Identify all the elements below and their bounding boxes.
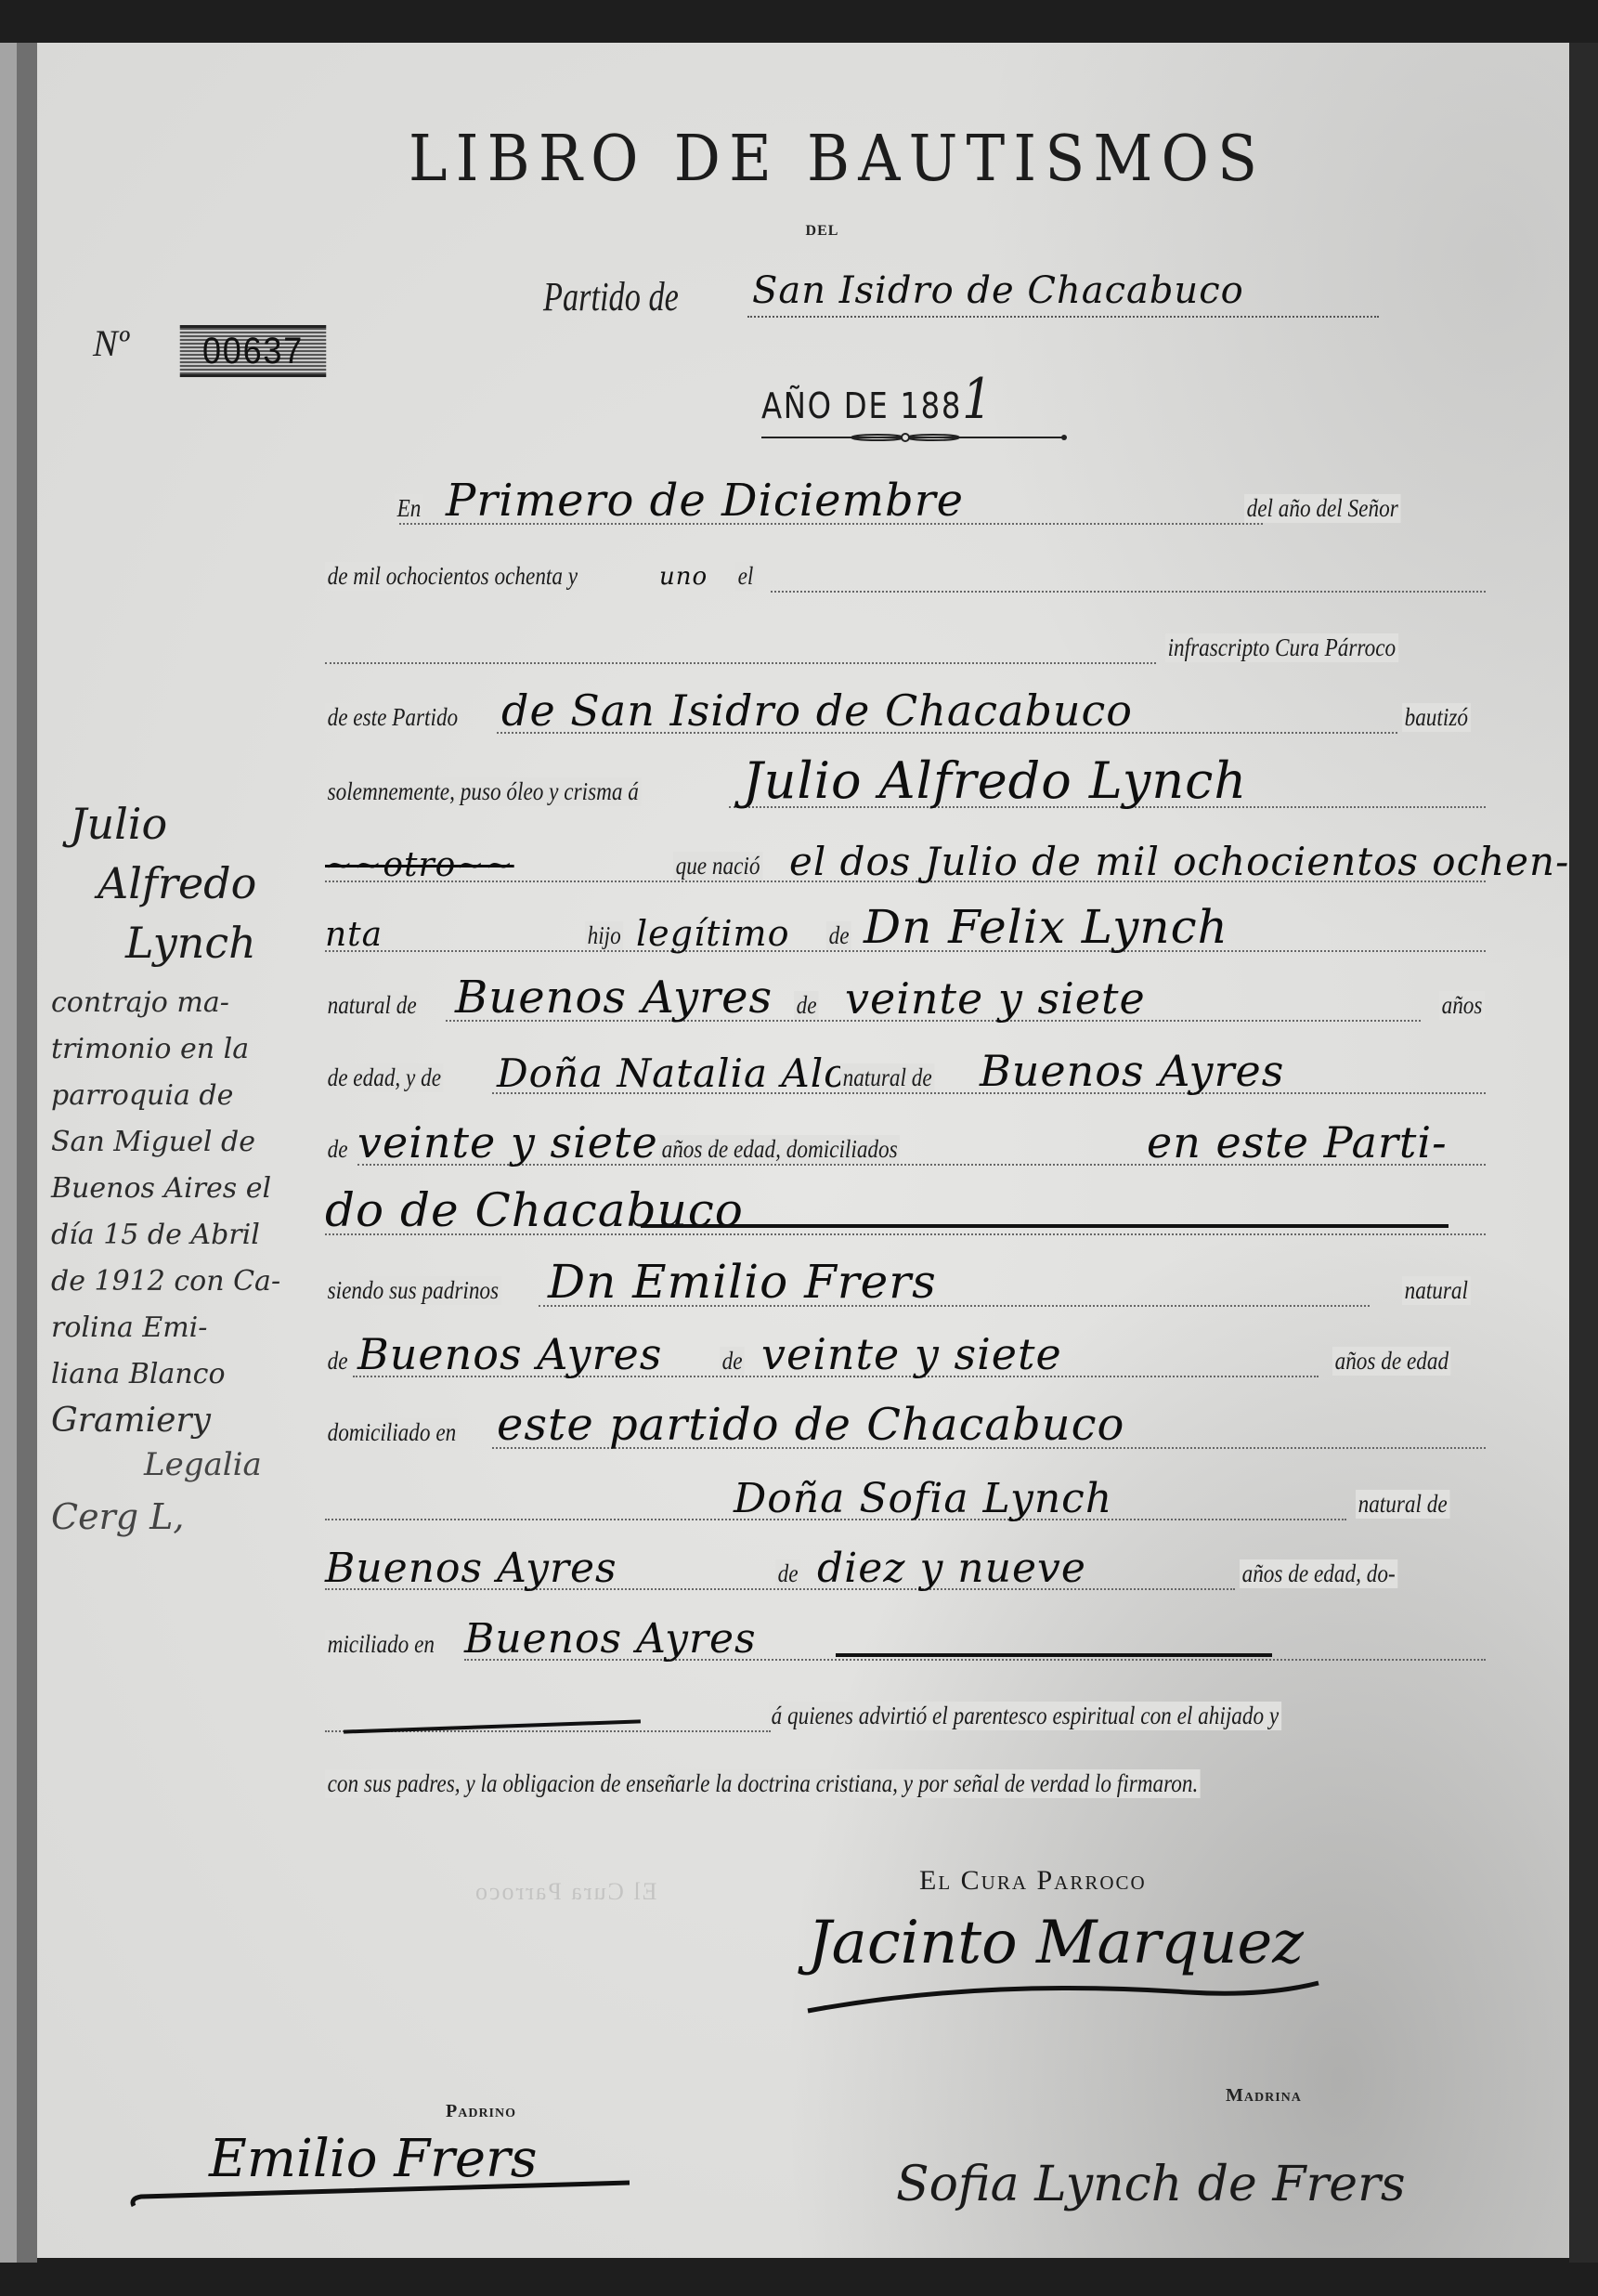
form-line-date: En Primero de Diciembre del año del Seño…	[325, 478, 1486, 534]
strike-line	[641, 1224, 1449, 1228]
form-line-admonition: á quienes advirtió el parentesco espirit…	[325, 1686, 1486, 1742]
form-line-mother-age: de veinte y siete años de edad, domicili…	[325, 1119, 1486, 1175]
partido-name: de San Isidro de Chacabuco	[501, 685, 1133, 736]
partido-dotted-line	[747, 316, 1379, 318]
form-line-mother: de edad, y de Doña Natalia Alonso natura…	[325, 1048, 1486, 1103]
form-line-godfather-origin: de Buenos Ayres de veinte y siete años d…	[325, 1331, 1486, 1387]
signature-underline-icon	[128, 2178, 630, 2215]
godfather-name: Dn Emilio Frers	[548, 1255, 937, 1309]
mother-birthplace: Buenos Ayres	[980, 1046, 1284, 1096]
strike-line	[836, 1653, 1272, 1657]
form-line-closing: con sus padres, y la obligacion de enseñ…	[325, 1754, 1486, 1809]
godfather-birthplace: Buenos Ayres	[357, 1329, 662, 1379]
margin-name-line-1: Julio	[51, 794, 320, 854]
domicile: en este Parti-	[1147, 1117, 1448, 1168]
year-heading: AÑO DE 1881	[761, 367, 994, 432]
godmother-age: diez y nueve	[817, 1545, 1086, 1592]
cura-parroco-label: El Cura Parroco	[919, 1865, 1147, 1897]
book-binding-edge	[0, 43, 37, 2263]
father-name: Dn Felix Lynch	[864, 900, 1228, 954]
margin-annotation: Julio Alfredo Lynch contrajo ma- trimoni…	[51, 794, 320, 1537]
form-line-godfather-domicile: domiciliado en este partido de Chacabuco	[325, 1402, 1486, 1458]
form-line-father: nta hijo legítimo de Dn Felix Lynch	[325, 906, 1486, 961]
form-line-father-origin: natural de Buenos Ayres de veinte y siet…	[325, 975, 1486, 1031]
birth-date: el dos Julio de mil ochocientos ochen-	[789, 839, 1569, 884]
form-line-godmother-origin: Buenos Ayres de diez y nueve años de eda…	[325, 1544, 1486, 1599]
legalization-mark: Legalia	[51, 1446, 320, 1483]
form-line-priest: infrascripto Cura Párroco	[325, 618, 1486, 673]
partido-value: San Isidro de Chacabuco	[752, 269, 1244, 312]
margin-name-line-3: Lynch	[51, 913, 320, 972]
form-line-baptized: solemnemente, puso óleo y crisma á Julio…	[325, 762, 1486, 817]
baptized-name: Julio Alfredo Lynch	[743, 751, 1247, 810]
numero-ribbon: 00637	[180, 325, 327, 377]
marriage-note: contrajo ma- trimonio en la parroquia de…	[51, 980, 320, 1444]
cura-signature: Jacinto Marquez	[808, 1909, 1304, 1977]
madrina-signature: Sofia Lynch de Frers	[896, 2157, 1406, 2212]
godmother-domicile: Buenos Ayres	[464, 1615, 757, 1663]
year-handwritten-digit: 1	[962, 367, 994, 432]
form-line-year: de mil ochocientos ochenta y uno el	[325, 546, 1486, 602]
numero-prefix: Nº	[93, 321, 129, 365]
godmother-birthplace: Buenos Ayres	[325, 1545, 617, 1592]
godfather-age: veinte y siete	[761, 1329, 1062, 1379]
partido-label: Partido de	[543, 273, 679, 320]
year-label: AÑO DE 188	[761, 385, 962, 426]
form-line-godmother: Doña Sofia Lynch natural de	[325, 1474, 1486, 1530]
bleed-through-text: El Cura Parroco	[474, 1878, 657, 1906]
mother-age: veinte y siete	[357, 1117, 658, 1168]
form-line-partido: de este Partido de San Isidro de Chacabu…	[325, 687, 1486, 743]
margin-initials: Cerg L,	[51, 1496, 320, 1537]
page-title: LIBRO DE BAUTISMOS	[409, 123, 1266, 196]
form-line-godmother-domicile: miciliado en Buenos Ayres	[325, 1614, 1486, 1670]
margin-name-line-2: Alfredo	[51, 854, 320, 913]
baptism-date: Primero de Diciembre	[446, 475, 964, 527]
madrina-label: Madrina	[1226, 2085, 1302, 2107]
form-line-birth: ~~otro~~ que nació el dos Julio de mil o…	[325, 836, 1486, 892]
signature-flourish-icon	[799, 1969, 1337, 2025]
godfather-domicile: este partido de Chacabuco	[497, 1399, 1124, 1451]
father-age: veinte y siete	[845, 973, 1146, 1024]
father-birthplace: Buenos Ayres	[455, 972, 773, 1024]
padrino-label: Padrino	[446, 2101, 516, 2122]
form-line-godfather: siendo sus padrinos Dn Emilio Frers natu…	[325, 1260, 1486, 1316]
page-right-edge	[1569, 43, 1598, 2263]
partido-row: Partido de San Isidro de Chacabuco	[543, 269, 1379, 325]
form-line-domicile-cont: do de Chacabuco	[325, 1189, 1486, 1245]
del-label: DEL	[0, 223, 1598, 240]
ornamental-rule-icon	[761, 433, 1068, 442]
godmother-name: Doña Sofia Lynch	[734, 1475, 1112, 1522]
year-value: uno	[659, 563, 708, 591]
